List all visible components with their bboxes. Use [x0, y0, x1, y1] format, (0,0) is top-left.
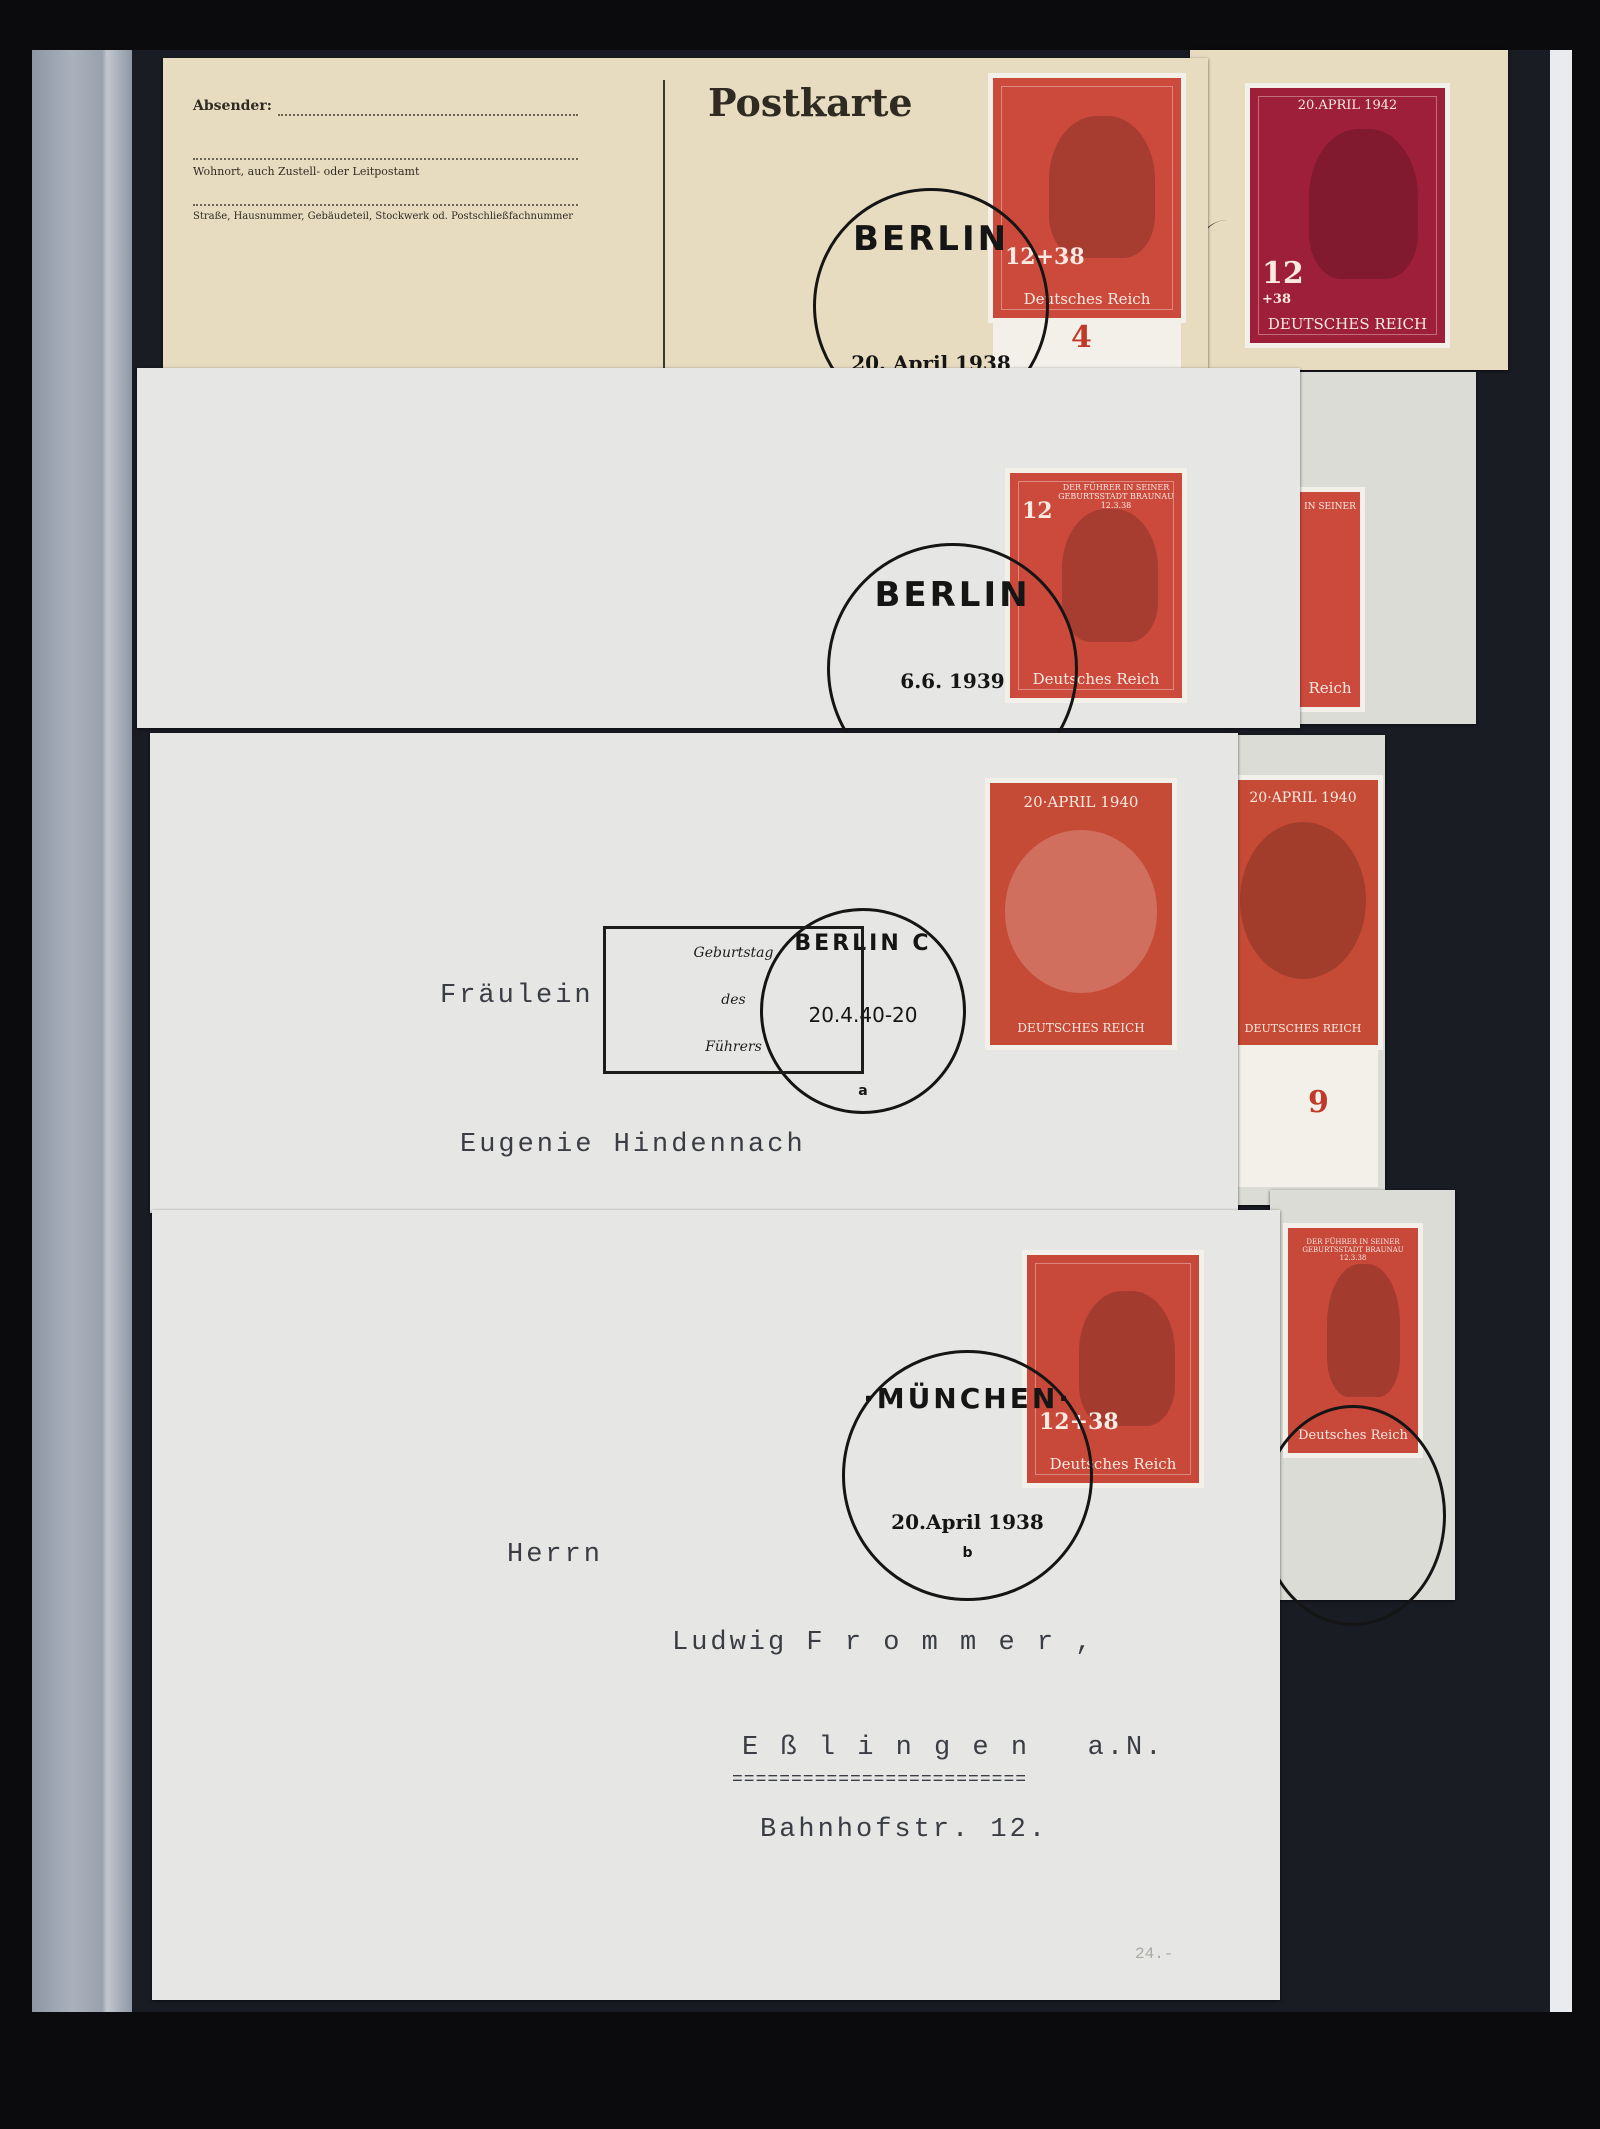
stamp-1940-second: 20·APRIL 1940 DEUTSCHES REICH — [1228, 780, 1378, 1045]
album-edge — [1550, 50, 1572, 2012]
envelope-4-behind[interactable]: DER FÜHRER IN SEINER GEBURTSSTADT BRAUNA… — [1270, 1190, 1455, 1600]
postkarte-title: Postkarte — [708, 80, 913, 125]
glassine-strip — [32, 50, 132, 2012]
addressee-title: Fräulein — [440, 981, 594, 1011]
city-underline: ========================= — [732, 1770, 1027, 1790]
postmark-ostmark — [1260, 1405, 1446, 1626]
absender-label: Absender: — [193, 98, 272, 114]
address-line-1 — [193, 158, 578, 160]
postmark-muenchen-1938: ·MÜNCHEN· 20.April 1938 b — [842, 1350, 1093, 1601]
card-behind-1[interactable]: 20.APRIL 1942 12 +38 DEUTSCHES REICH — [1190, 50, 1508, 370]
address-line-2 — [193, 204, 578, 206]
recipient-name: Ludwig F r o m m e r , — [672, 1628, 1094, 1658]
recipient-city: E ß l i n g e n a.N. — [742, 1733, 1164, 1763]
envelope-2-behind[interactable]: IN SEINER Reich — [1290, 372, 1476, 724]
recipient-street: Bahnhofstr. 12. — [760, 1815, 1048, 1845]
plate-number: 9 — [1308, 1085, 1329, 1120]
absender-line — [278, 114, 578, 116]
envelope-2[interactable]: DER FÜHRER IN SEINER GEBURTSSTADT BRAUNA… — [137, 368, 1300, 728]
slogan-cancel: Geburtstag des Führers — [603, 926, 864, 1074]
stamp-1940: 20·APRIL 1940 DEUTSCHES REICH — [990, 783, 1172, 1045]
sheet-margin — [1228, 1047, 1378, 1187]
stamp-braunau-partial: IN SEINER Reich — [1300, 492, 1360, 707]
wohnort-label: Wohnort, auch Zustell- oder Leitpostamt — [193, 165, 419, 178]
salutation: Herrn — [507, 1540, 603, 1570]
pencil-price: 24.- — [1135, 1945, 1173, 1963]
stamp-1942: 20.APRIL 1942 12 +38 DEUTSCHES REICH — [1250, 88, 1445, 343]
postkarte[interactable]: Absender: Wohnort, auch Zustell- oder Le… — [163, 58, 1208, 368]
strasse-label: Straße, Hausnummer, Gebäudeteil, Stockwe… — [193, 211, 573, 222]
envelope-3[interactable]: 20·APRIL 1940 DEUTSCHES REICH BERLIN C 2… — [150, 733, 1238, 1213]
envelope-3-behind[interactable]: 20·APRIL 1940 DEUTSCHES REICH 9 — [1220, 735, 1385, 1205]
plate-number: 4 — [1071, 320, 1092, 355]
addressee-name: Eugenie Hindennach — [460, 1130, 806, 1160]
divider-line — [663, 80, 665, 368]
envelope-4[interactable]: 12+38 Deutsches Reich ·MÜNCHEN· 20.April… — [152, 1210, 1280, 2000]
